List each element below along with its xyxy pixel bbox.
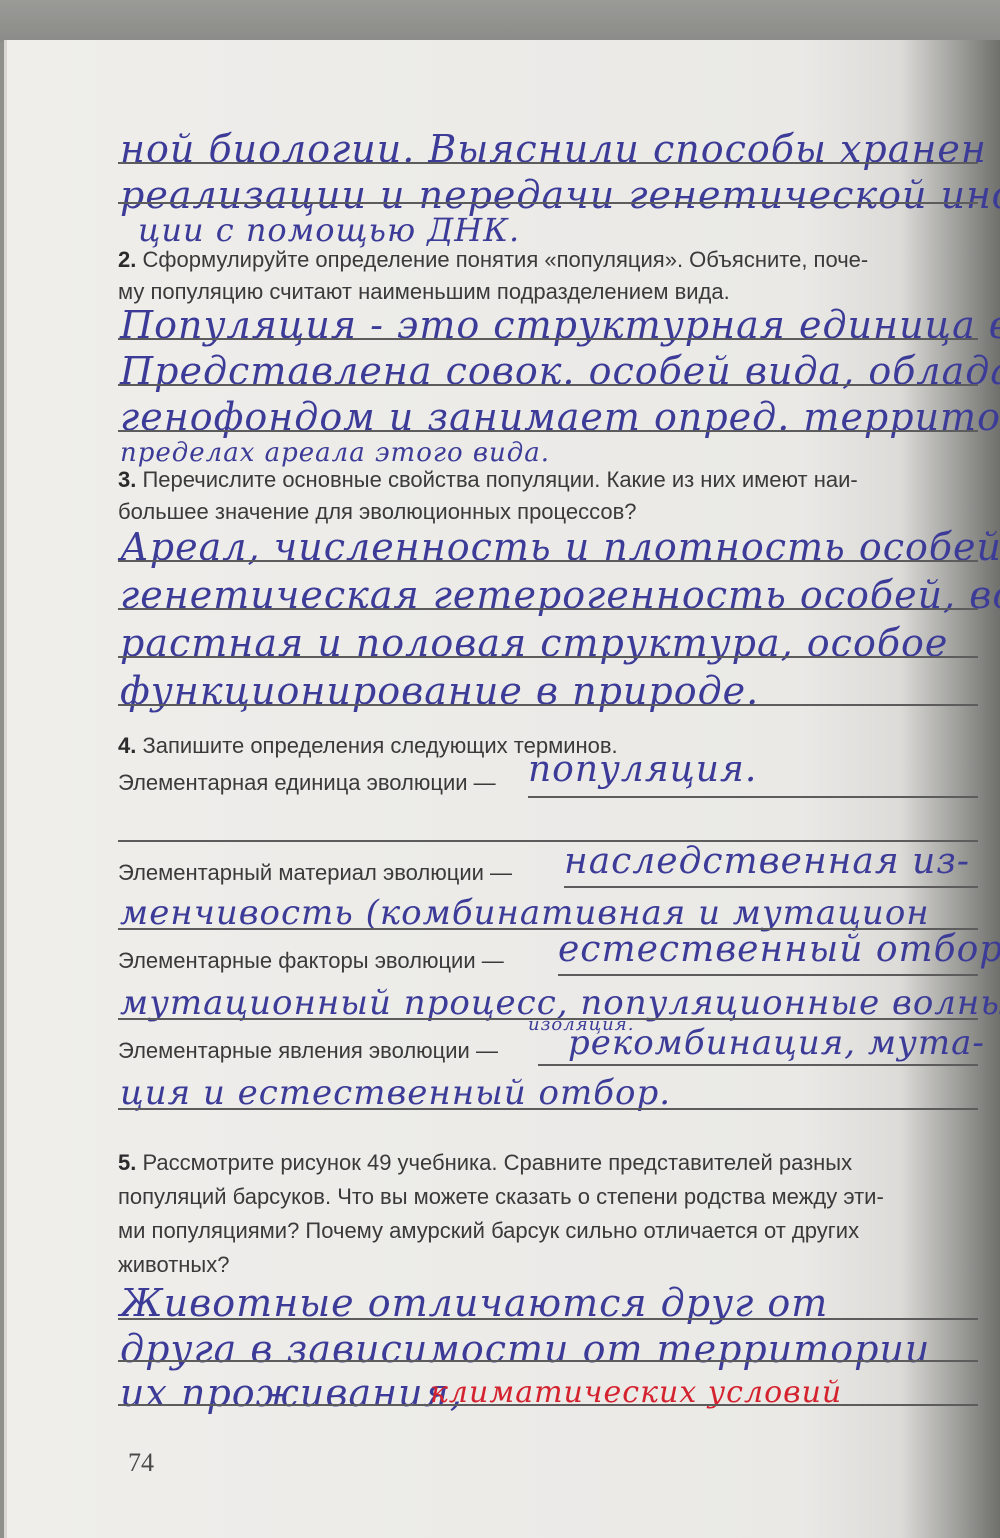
question-3-text-2: большее значение для эволюционных процес… — [118, 499, 637, 524]
ruled-line — [118, 656, 978, 658]
ruled-line — [118, 608, 978, 610]
page-number: 74 — [128, 1448, 154, 1478]
ruled-line — [118, 1404, 978, 1406]
answer-1-line-2: реализации и передачи генетической инфор — [120, 176, 1000, 214]
question-4-number: 4. — [118, 733, 136, 758]
ruled-line — [538, 1064, 978, 1066]
term-3-label: Элементарные факторы эволюции — — [118, 948, 504, 974]
term-2-label: Элементарный материал эволюции — — [118, 860, 512, 886]
question-5-number: 5. — [118, 1150, 136, 1175]
scan-top-shadow — [0, 0, 1000, 42]
answer-5-line-2: друга в зависимости от территории — [120, 1330, 930, 1368]
question-5-text-3: ми популяциями? Почему амурский барсук с… — [118, 1218, 859, 1243]
answer-5-line-1: Животные отличаются друг от — [120, 1284, 828, 1322]
question-3: 3. Перечислите основные свойства популяц… — [118, 464, 978, 528]
answer-5-line-3: их проживания, — [120, 1374, 463, 1412]
ruled-line — [118, 202, 978, 204]
ruled-line — [118, 430, 978, 432]
term-2-answer-1: наследственная из- — [564, 844, 970, 880]
term-2-answer-2: менчивость (комбинативная и мутацион — [120, 896, 930, 930]
question-2-text-2: му популяцию считают наименьшим подразде… — [118, 279, 730, 304]
ruled-line — [558, 974, 978, 976]
question-2-number: 2. — [118, 247, 136, 272]
term-4-label: Элементарные явления эволюции — — [118, 1038, 498, 1064]
ruled-line — [118, 560, 978, 562]
term-4-answer-2: ция и естественный отбор. — [120, 1076, 671, 1110]
ruled-line — [118, 1360, 978, 1362]
ruled-line — [118, 162, 978, 164]
answer-1-line-3: ции с помощью ДНК. — [138, 214, 520, 246]
question-2: 2. Сформулируйте определение понятия «по… — [118, 244, 978, 308]
term-3-answer-1: естественный отбор, — [558, 932, 1000, 968]
ruled-line — [118, 1318, 978, 1320]
term-1-answer: популяция. — [528, 752, 757, 788]
question-3-text-1: Перечислите основные свойства популяции.… — [142, 467, 857, 492]
term-1-label: Элементарная единица эволюции — — [118, 770, 496, 796]
page-edge — [4, 40, 7, 1538]
workbook-page: ной биологии. Выяснили способы хранен ре… — [4, 40, 1000, 1538]
question-3-number: 3. — [118, 467, 136, 492]
term-4-answer-1: рекомбинация, мута- — [568, 1026, 985, 1060]
question-5-text-1: Рассмотрите рисунок 49 учебника. Сравнит… — [142, 1150, 852, 1175]
question-2-text-1: Сформулируйте определение понятия «попул… — [142, 247, 868, 272]
question-5: 5. Рассмотрите рисунок 49 учебника. Срав… — [118, 1146, 978, 1282]
ruled-line — [118, 704, 978, 706]
ruled-line — [118, 384, 978, 386]
answer-2-line-4: пределах ареала этого вида. — [120, 440, 550, 466]
question-5-text-2: популяций барсуков. Что вы можете сказат… — [118, 1184, 884, 1209]
ruled-line — [118, 1108, 978, 1110]
question-5-text-4: животных? — [118, 1252, 229, 1277]
ruled-line — [118, 338, 978, 340]
ruled-line — [564, 886, 978, 888]
ruled-line — [528, 796, 978, 798]
